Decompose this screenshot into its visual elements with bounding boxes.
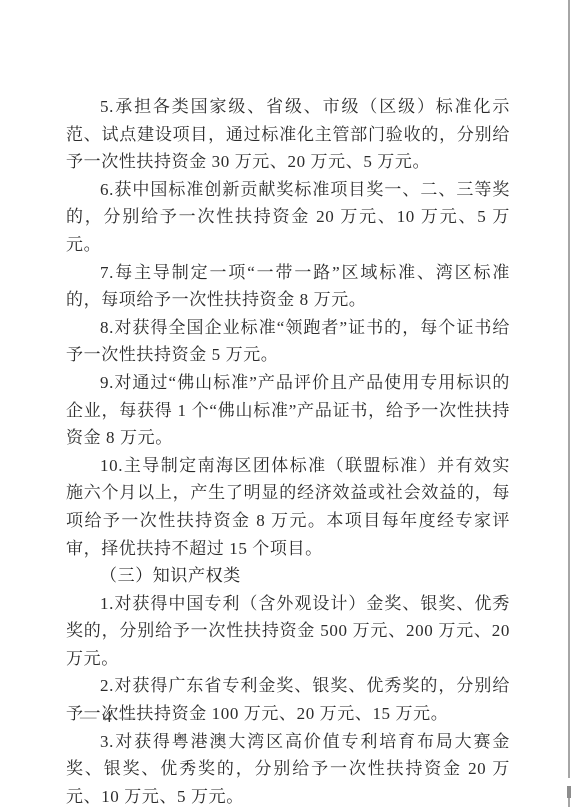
document-body: 5.承担各类国家级、省级、市级（区级）标准化示范、试点建设项目，通过标准化主管部…	[66, 93, 510, 807]
paragraph-item-9-foshan-standard: 9.对通过“佛山标准”产品评价且产品使用专用标识的企业，每获得 1 个“佛山标准…	[66, 369, 510, 452]
paragraph-item-10-nanhai-group-standards: 10.主导制定南海区团体标准（联盟标准）并有效实施六个月以上，产生了明显的经济效…	[66, 452, 510, 562]
page-number: 4	[104, 707, 113, 726]
document-page: 5.承担各类国家级、省级、市级（区级）标准化示范、试点建设项目，通过标准化主管部…	[0, 0, 572, 807]
footer-left-dash: —	[74, 707, 104, 726]
footer-right-dash: —	[113, 707, 143, 726]
page-edge-line	[568, 0, 570, 807]
paragraph-item-1-china-patent-award: 1.对获得中国专利（含外观设计）金奖、银奖、优秀奖的，分别给予一次性扶持资金 5…	[66, 590, 510, 673]
paragraph-item-3-greater-bay-area-patent-contest: 3.对获得粤港澳大湾区高价值专利培育布局大赛金奖、银奖、优秀奖的，分别给予一次性…	[66, 728, 510, 807]
section-heading-intellectual-property: （三）知识产权类	[66, 562, 510, 590]
page-edge-line-gap	[568, 778, 570, 786]
paragraph-item-8-leader-certificate: 8.对获得全国企业标准“领跑者”证书的，每个证书给予一次性扶持资金 5 万元。	[66, 314, 510, 369]
page-edge-line-stub	[567, 786, 571, 798]
page-number-footer: —4—	[74, 706, 142, 728]
paragraph-item-5-standardization-demo: 5.承担各类国家级、省级、市级（区级）标准化示范、试点建设项目，通过标准化主管部…	[66, 93, 510, 176]
paragraph-item-7-belt-and-road-standards: 7.每主导制定一项“一带一路”区域标准、湾区标准的，每项给予一次性扶持资金 8 …	[66, 259, 510, 314]
paragraph-item-6-china-standard-innovation-award: 6.获中国标准创新贡献奖标准项目奖一、二、三等奖的，分别给予一次性扶持资金 20…	[66, 176, 510, 259]
